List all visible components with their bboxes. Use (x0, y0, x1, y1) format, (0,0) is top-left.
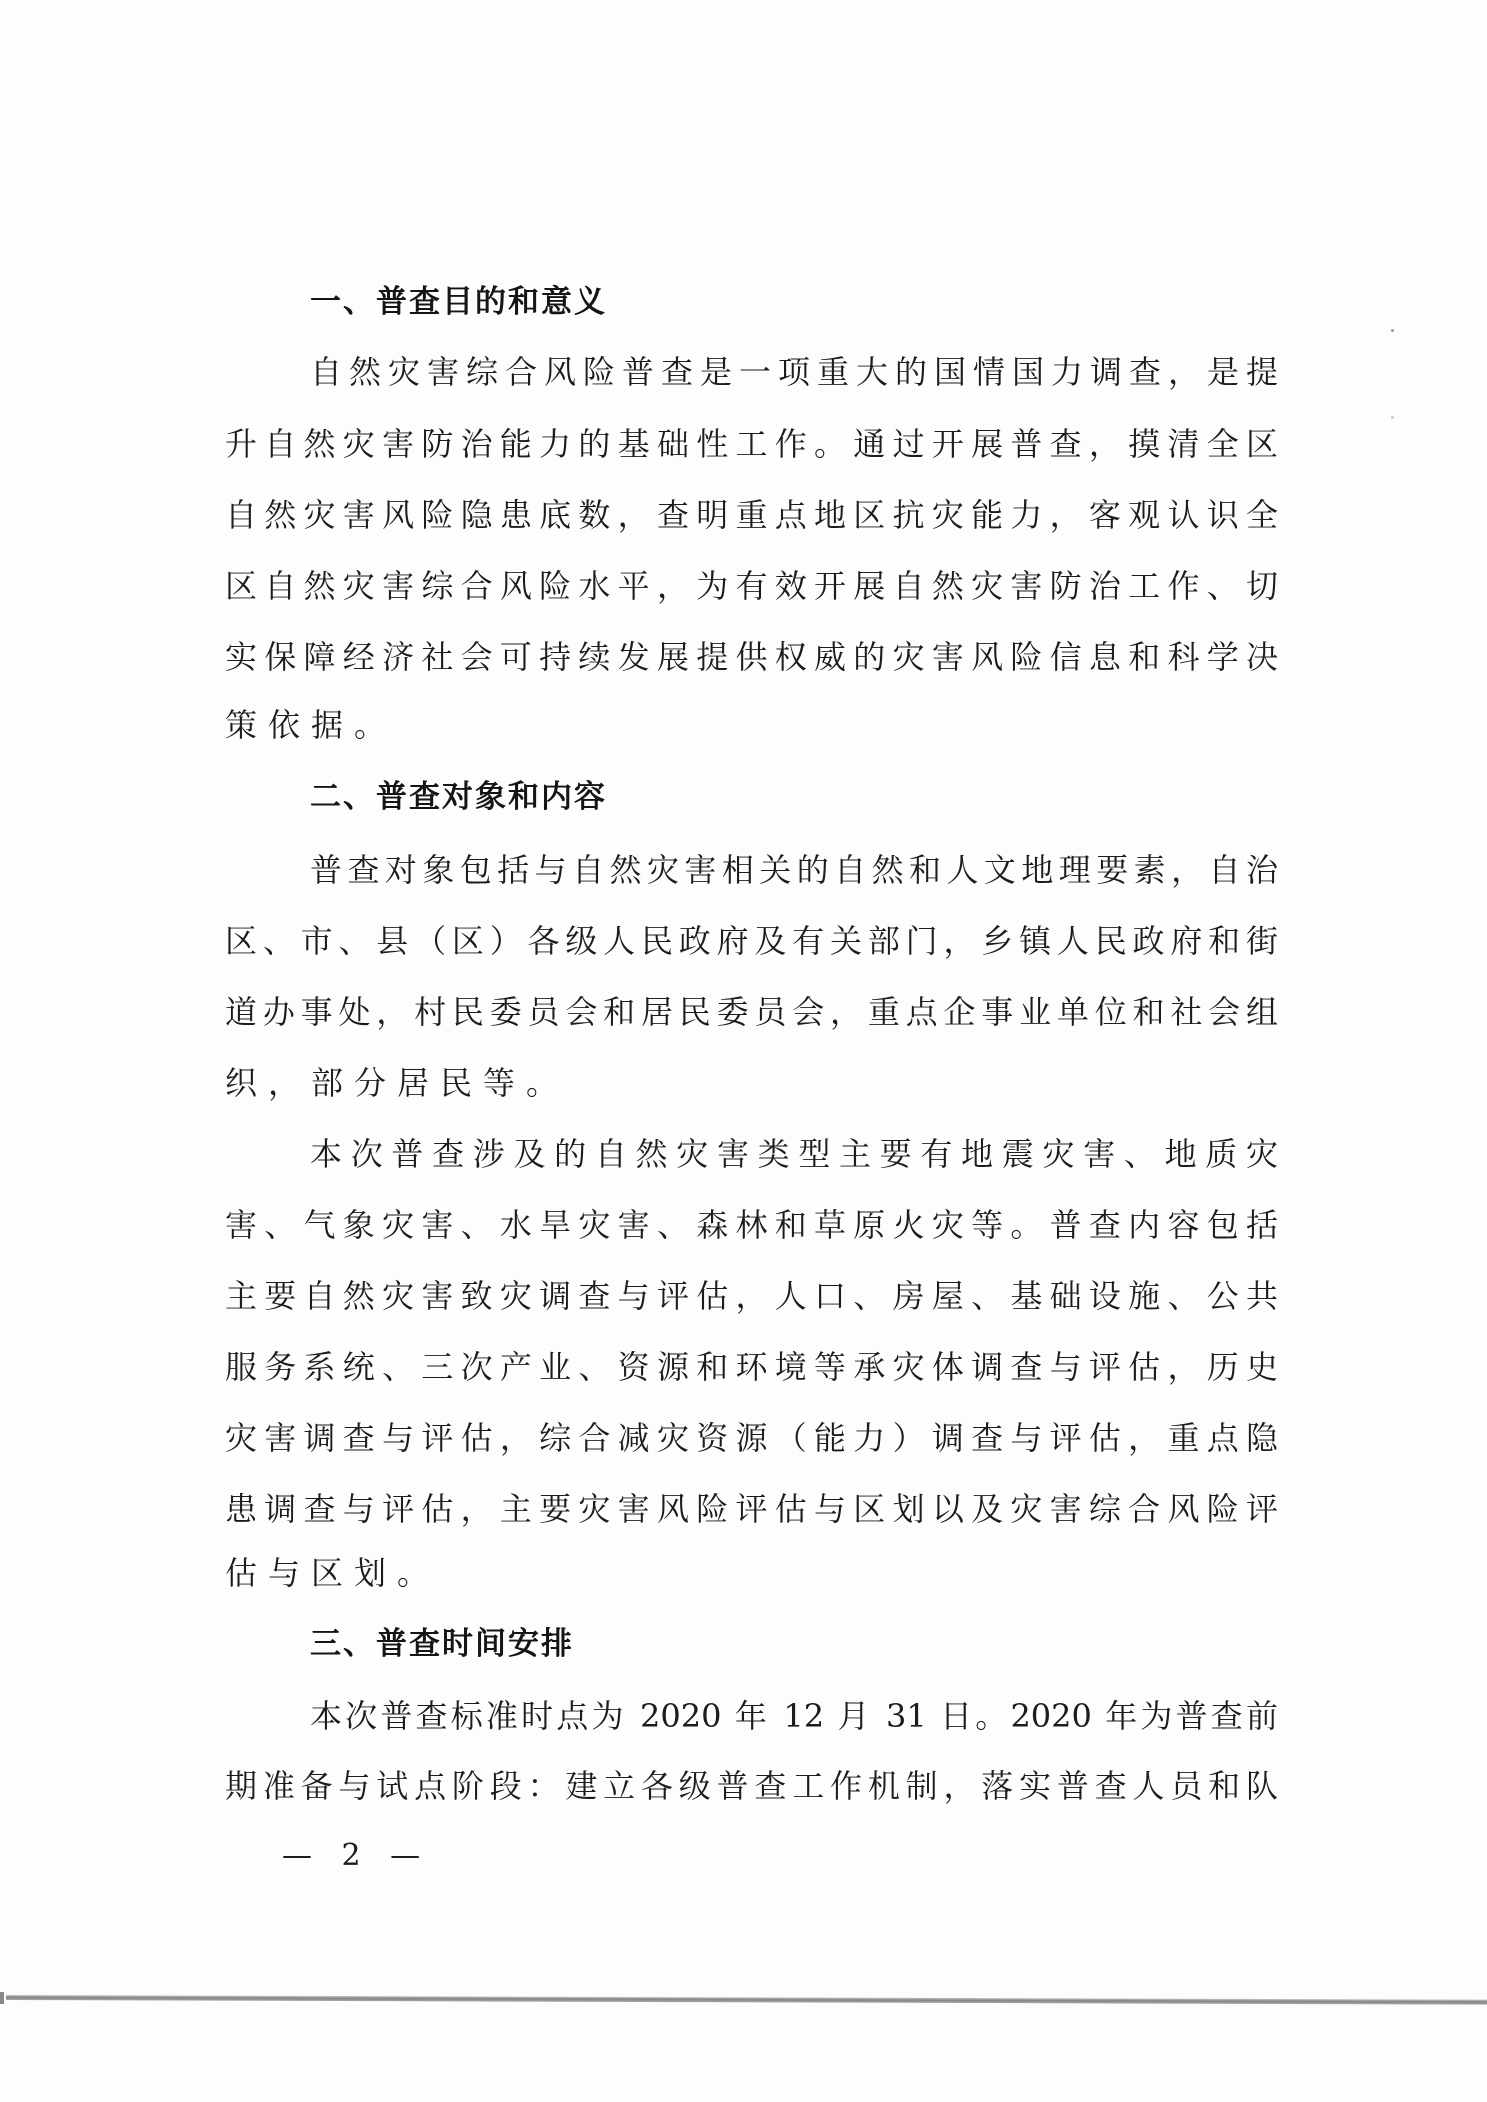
paragraph-line: 策依据。 (225, 705, 397, 745)
page-number: — 2 — (282, 1836, 430, 1876)
scan-edge-mark (0, 1992, 4, 2004)
scan-bottom-line (6, 1995, 1487, 2005)
paragraph-line: 普查对象包括与自然灾害相关的自然和人文地理要素，自治 (310, 850, 1278, 890)
paragraph-line: 织，部分居民等。 (225, 1063, 569, 1103)
document-page: 一、普查目的和意义 自然灾害综合风险普查是一项重大的国情国力调查，是提 升自然灾… (0, 0, 1487, 2102)
paragraph-line: 灾害调查与评估，综合减灾资源（能力）调查与评估，重点隐 (225, 1418, 1278, 1458)
paragraph-line: 自然灾害风险隐患底数，查明重点地区抗灾能力，客观认识全 (225, 495, 1278, 535)
paragraph-line: 本次普查标准时点为 2020 年 12 月 31 日。2020 年为普查前 (310, 1696, 1278, 1736)
paragraph-line: 道办事处，村民委员会和居民委员会，重点企事业单位和社会组 (225, 992, 1278, 1032)
section-heading-schedule: 三、普查时间安排 (310, 1624, 574, 1664)
paragraph-line: 期准备与试点阶段：建立各级普查工作机制，落实普查人员和队 (225, 1766, 1278, 1806)
paragraph-line: 患调查与评估，主要灾害风险评估与区划以及灾害综合风险评 (225, 1489, 1278, 1529)
paragraph-line: 升自然灾害防治能力的基础性工作。通过开展普查，摸清全区 (225, 424, 1278, 464)
section-heading-purpose: 一、普查目的和意义 (310, 282, 607, 322)
scan-speck (1391, 329, 1394, 332)
paragraph-line: 本次普查涉及的自然灾害类型主要有地震灾害、地质灾 (310, 1134, 1278, 1174)
paragraph-line: 实保障经济社会可持续发展提供权威的灾害风险信息和科学决 (225, 637, 1278, 677)
section-heading-scope: 二、普查对象和内容 (310, 777, 607, 817)
paragraph-line: 自然灾害综合风险普查是一项重大的国情国力调查，是提 (310, 352, 1278, 392)
paragraph-line: 主要自然灾害致灾调查与评估，人口、房屋、基础设施、公共 (225, 1276, 1278, 1316)
paragraph-line: 服务系统、三次产业、资源和环境等承灾体调查与评估，历史 (225, 1347, 1278, 1387)
paragraph-line: 区自然灾害综合风险水平，为有效开展自然灾害防治工作、切 (225, 566, 1278, 606)
paragraph-line: 害、气象灾害、水旱灾害、森林和草原火灾等。普查内容包括 (225, 1205, 1278, 1245)
scan-speck (1391, 416, 1394, 419)
paragraph-line: 估与区划。 (225, 1553, 440, 1593)
paragraph-line: 区、市、县（区）各级人民政府及有关部门，乡镇人民政府和街 (225, 921, 1278, 961)
